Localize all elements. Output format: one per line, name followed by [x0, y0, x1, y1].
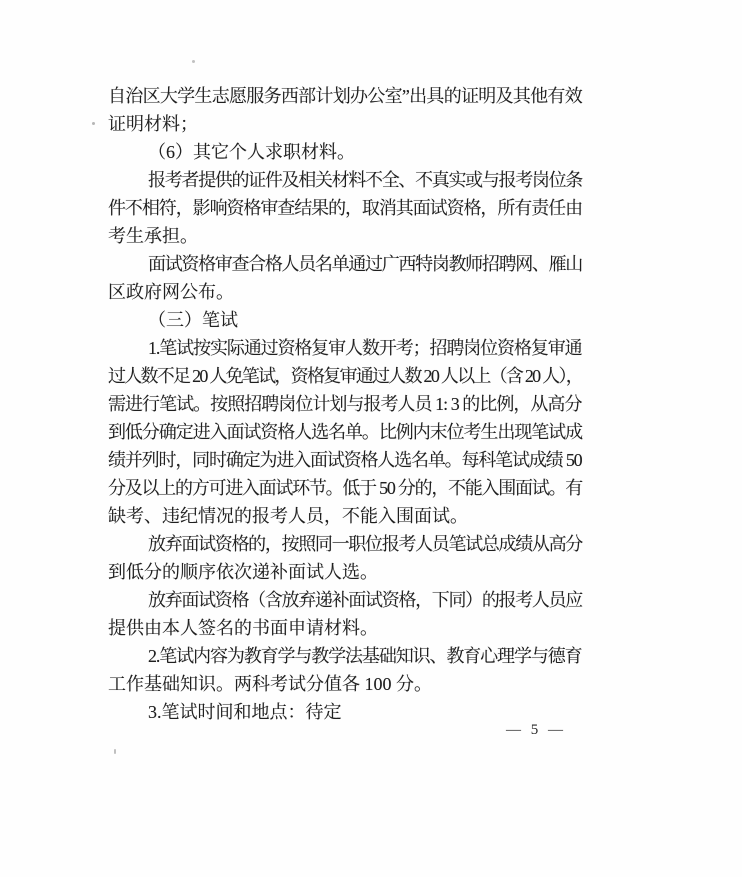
- scan-speck: [192, 60, 195, 63]
- text-line: 分及以上的方可进入面试环节。低于 50 分的，不能入围面试。有: [108, 474, 582, 502]
- text-line: 过人数不足 20 人免笔试，资格复审通过人数 20 人以上（含 20 人），: [108, 362, 582, 390]
- page-number: — 5 —: [108, 718, 582, 742]
- document-body: 自治区大学生志愿服务西部计划办公室”出具的证明及其他有效证明材料；（6）其它个人…: [108, 82, 582, 726]
- text-line: 考生承担。: [108, 222, 582, 250]
- text-line: 件不相符，影响资格审查结果的，取消其面试资格，所有责任由: [108, 194, 582, 222]
- text-line: 面试资格审查合格人员名单通过广西特岗教师招聘网、雁山: [108, 250, 582, 278]
- text-line: 证明材料；: [108, 110, 582, 138]
- text-line: （三）笔试: [108, 306, 582, 334]
- text-line: 到低分确定进入面试资格人选名单。比例内末位考生出现笔试成: [108, 418, 582, 446]
- text-line: 绩并列时，同时确定为进入面试资格人选名单。每科笔试成绩 50: [108, 446, 582, 474]
- scan-speck: [92, 122, 95, 125]
- text-line: 自治区大学生志愿服务西部计划办公室”出具的证明及其他有效: [108, 82, 582, 110]
- text-line: 提供由本人签名的书面申请材料。: [108, 614, 582, 642]
- text-line: 缺考、违纪情况的报考人员，不能入围面试。: [108, 502, 582, 530]
- text-line: 工作基础知识。两科考试分值各 100 分。: [108, 670, 582, 698]
- text-line: （6）其它个人求职材料。: [108, 138, 582, 166]
- text-line: 2.笔试内容为教育学与教学法基础知识、教育心理学与德育: [108, 642, 582, 670]
- text-line: 报考者提供的证件及相关材料不全、不真实或与报考岗位条: [108, 166, 582, 194]
- text-line: 区政府网公布。: [108, 278, 582, 306]
- text-line: 需进行笔试。按照招聘岗位计划与报考人员 1: 3 的比例，从高分: [108, 390, 582, 418]
- text-line: 放弃面试资格（含放弃递补面试资格，下同）的报考人员应: [108, 586, 582, 614]
- text-line: 1.笔试按实际通过资格复审人数开考；招聘岗位资格复审通: [108, 334, 582, 362]
- scanned-document-page: 自治区大学生志愿服务西部计划办公室”出具的证明及其他有效证明材料；（6）其它个人…: [0, 0, 742, 877]
- scan-speck: [114, 749, 116, 754]
- text-line: 放弃面试资格的，按照同一职位报考人员笔试总成绩从高分: [108, 530, 582, 558]
- text-line: 到低分的顺序依次递补面试人选。: [108, 558, 582, 586]
